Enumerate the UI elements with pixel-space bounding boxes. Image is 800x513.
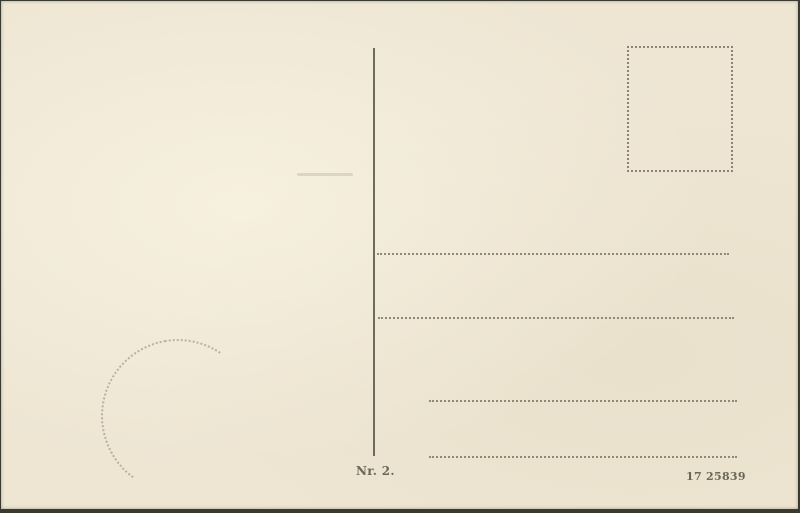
paper-smudge: [297, 173, 353, 176]
address-line-3: [429, 400, 737, 402]
address-line-1: [377, 253, 729, 255]
address-line-4: [429, 456, 737, 458]
serial-number: 17 25839: [686, 470, 746, 483]
series-label: Nr. 2.: [356, 464, 395, 478]
address-line-2: [378, 317, 734, 319]
message-address-divider: [373, 48, 375, 456]
faded-postmark: [89, 327, 267, 505]
stamp-placeholder-box: [627, 46, 733, 172]
postcard-back: Nr. 2. 17 25839: [1, 1, 798, 509]
